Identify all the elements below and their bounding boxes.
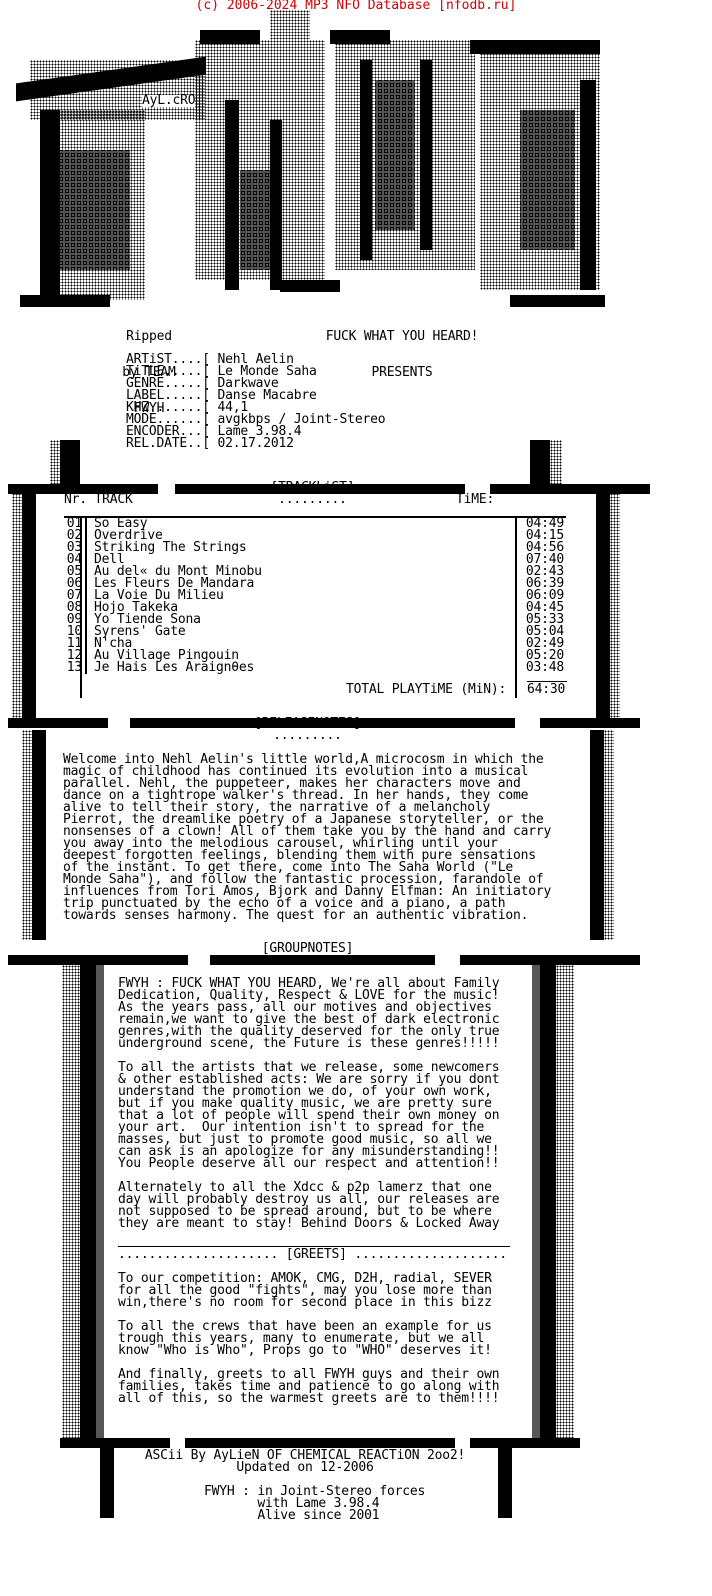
divider xyxy=(470,1438,580,1448)
track-separator xyxy=(82,590,94,602)
tracklist-dots: ......... xyxy=(0,494,625,506)
release-info-label: REL.DATE..[ xyxy=(126,436,210,451)
updated-date: Updated on 12-2006 xyxy=(0,1462,610,1474)
greets-heading: ..................... [GREETS] .........… xyxy=(118,1249,507,1261)
track-row: 13Je Hais Les Araignθes03:48 xyxy=(62,662,572,674)
release-notes-text: Welcome into Nehl Aelin's little world,A… xyxy=(63,754,551,922)
track-separator xyxy=(82,578,94,590)
release-notes-line: towards senses harmony. The quest for an… xyxy=(63,910,551,922)
group-notes-text: FWYH : FUCK WHAT YOU HEARD, We're all ab… xyxy=(118,978,499,1230)
track-list: 01So Easy04:4902Overdrive04:1503Striking… xyxy=(62,518,572,674)
greets-line: all of this, so the warmest greets are t… xyxy=(118,1393,499,1405)
track-row: 10Syrens' Gate05:04 xyxy=(62,626,572,638)
greets-text: To our competition: AMOK, CMG, D2H, radi… xyxy=(118,1273,499,1405)
releasenotes-dots: ......... xyxy=(0,730,615,742)
release-info-value: 02.17.2012 xyxy=(210,436,294,451)
presents-line: FUCK WHAT YOU HEARD! xyxy=(312,331,492,343)
logo-tag: AyL.cRO xyxy=(142,95,195,107)
group-notes-line: they are meant to stay! Behind Doors & L… xyxy=(118,1218,499,1230)
track-separator xyxy=(82,650,94,662)
ripped-line: Ripped xyxy=(112,331,186,343)
release-info: ARTiST....[ Nehl AelinTiTLE.....[ Le Mon… xyxy=(126,354,385,450)
release-info-row: REL.DATE..[ 02.17.2012 xyxy=(126,438,385,450)
track-separator xyxy=(82,554,94,566)
tracklist-col-time: TiME: xyxy=(456,494,494,506)
track-separator xyxy=(82,530,94,542)
track-separator xyxy=(82,614,94,626)
total-playtime-label: TOTAL PLAYTiME (MiN): xyxy=(346,684,506,696)
track-time-divider xyxy=(515,518,517,698)
track-row: 03Striking The Strings04:56 xyxy=(62,542,572,554)
divider xyxy=(185,1438,455,1448)
track-separator xyxy=(82,602,94,614)
track-title: Striking The Strings xyxy=(94,542,514,554)
track-title: Je Hais Les Araignθes xyxy=(94,662,514,674)
track-separator xyxy=(82,518,94,530)
group-notes-line: underground scene, the Future is these g… xyxy=(118,1038,499,1050)
group-notes-line: You People deserve all our respect and a… xyxy=(118,1158,499,1170)
footer-line: Alive since 2001 xyxy=(204,1510,425,1522)
footer-lines: FWYH : in Joint-Stereo forces with Lame … xyxy=(204,1486,425,1522)
track-time: 03:48 xyxy=(514,662,564,674)
total-playtime-value: 64:30 xyxy=(527,684,565,696)
track-separator xyxy=(82,566,94,578)
track-title: Syrens' Gate xyxy=(94,626,514,638)
track-separator xyxy=(82,542,94,554)
greets-line: know "Who is Who", Props go to "WHO" des… xyxy=(118,1345,499,1357)
track-separator xyxy=(82,626,94,638)
track-separator xyxy=(82,662,94,674)
divider xyxy=(60,1438,170,1448)
track-number: 13 xyxy=(62,662,82,674)
greets-line: win,there's no room for second place in … xyxy=(118,1297,499,1309)
copyright-link[interactable]: (c) 2006-2024 MP3 NFO Database [nfodb.ru… xyxy=(0,0,712,12)
track-separator xyxy=(82,638,94,650)
track-nr-divider xyxy=(80,518,82,698)
